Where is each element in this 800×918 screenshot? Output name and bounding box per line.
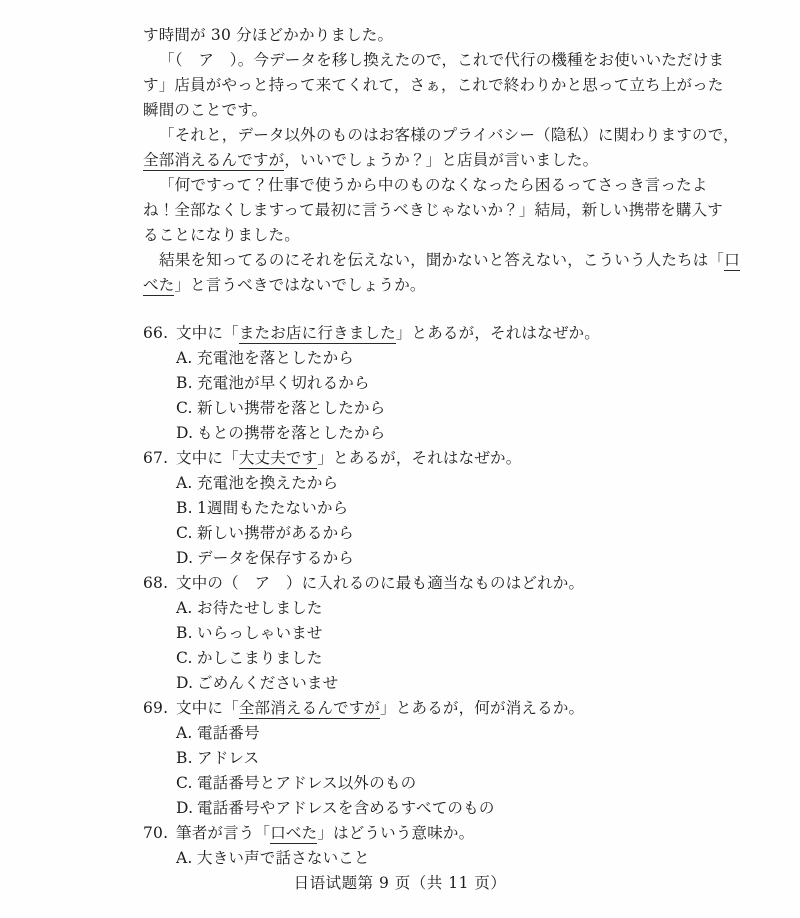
question-number: 67. xyxy=(143,446,176,471)
question-stem-row: 68.文中の（ ア ）に入れるのに最も適当なものはどれか。 xyxy=(143,571,718,596)
option-text: 電話番号 xyxy=(197,724,260,742)
option-label: B. xyxy=(176,746,197,771)
text-segment: ね！全部なくしますって最初に言うべきじゃないか？」結局，新しい携帯を購入す xyxy=(143,201,723,219)
option-label: C. xyxy=(176,396,197,421)
option-label: D. xyxy=(176,421,197,446)
option-row: B.アドレス xyxy=(143,746,718,771)
option-label: A. xyxy=(176,721,197,746)
text-segment: す」店員がやっと持って来てくれて，さぁ，これで終わりかと思って立ち上がった xyxy=(143,76,724,94)
question-stem: 筆者が言う「口べた」はどういう意味か。 xyxy=(176,821,474,846)
underlined-text: 大丈夫です xyxy=(239,449,318,469)
option-label: C. xyxy=(176,646,197,671)
option-row: C.新しい携帯を落としたから xyxy=(143,396,718,421)
text-segment: 文中の（ ア ）に入れるのに最も適当なものはどれか。 xyxy=(176,574,584,592)
question-stem-row: 67.文中に「大丈夫です」とあるが，それはなぜか。 xyxy=(143,446,718,471)
option-label: B. xyxy=(176,371,197,396)
option-row: B.1週間もたたないから xyxy=(143,496,718,521)
text-segment: 文中に「 xyxy=(176,699,239,717)
option-row: A.大きい声で話さないこと xyxy=(143,846,718,871)
page-footer: 日语试题第 9 页（共 11 页） xyxy=(0,871,800,896)
question-68: 68.文中の（ ア ）に入れるのに最も適当なものはどれか。A.お待たせしましたB… xyxy=(143,571,718,696)
option-text: 充電池を落としたから xyxy=(197,349,354,367)
passage-line: ることになりました。 xyxy=(143,223,718,248)
option-text: 電話番号やアドレスを含めるすべてのもの xyxy=(197,799,495,817)
text-segment: ，いいでしょうか？」と店員が言いました。 xyxy=(284,151,598,169)
option-text: かしこまりました xyxy=(197,649,323,667)
option-row: A.お待たせしました xyxy=(143,596,718,621)
scanned-test-page: す時間が 30 分ほどかかりました。「（ ア ）。今データを移し換えたので，これ… xyxy=(0,0,800,918)
option-label: A. xyxy=(176,346,197,371)
question-stem-row: 69.文中に「全部消えるんですが」とあるが，何が消えるか。 xyxy=(143,696,718,721)
text-segment: 筆者が言う「 xyxy=(176,824,270,842)
option-row: A.充電池を換えたから xyxy=(143,471,718,496)
passage-line: 瞬間のことです。 xyxy=(143,98,718,123)
question-number: 69. xyxy=(143,696,176,721)
question-66: 66.文中に「またお店に行きました」とあるが，それはなぜか。A.充電池を落とした… xyxy=(143,321,718,446)
option-row: B.いらっしゃいませ xyxy=(143,621,718,646)
option-text: 1週間もたたないから xyxy=(197,499,348,517)
question-stem-row: 70.筆者が言う「口べた」はどういう意味か。 xyxy=(143,821,718,846)
underlined-text: 全部消えるんですが xyxy=(143,151,284,171)
question-stem-row: 66.文中に「またお店に行きました」とあるが，それはなぜか。 xyxy=(143,321,718,346)
text-segment: 」はどういう意味か。 xyxy=(317,824,474,842)
question-70: 70.筆者が言う「口べた」はどういう意味か。A.大きい声で話さないこと xyxy=(143,821,718,871)
option-row: A.充電池を落としたから xyxy=(143,346,718,371)
text-segment: ることになりました。 xyxy=(143,226,300,244)
option-row: C.かしこまりました xyxy=(143,646,718,671)
text-segment: 「（ ア ）。今データを移し換えたので，これで代行の機種をお使いいただけま xyxy=(159,51,724,69)
option-label: D. xyxy=(176,671,197,696)
text-segment: 「何ですって？仕事で使うから中のものなくなったら困るってさっき言ったよ xyxy=(159,176,708,194)
question-number: 66. xyxy=(143,321,176,346)
option-row: B.充電池が早く切れるから xyxy=(143,371,718,396)
option-label: C. xyxy=(176,521,197,546)
option-row: C.電話番号とアドレス以外のもの xyxy=(143,771,718,796)
option-text: ごめんくださいませ xyxy=(197,674,338,692)
underlined-text: 口べた xyxy=(270,824,317,844)
question-list: 66.文中に「またお店に行きました」とあるが，それはなぜか。A.充電池を落とした… xyxy=(143,321,718,871)
option-row: C.新しい携帯があるから xyxy=(143,521,718,546)
option-label: A. xyxy=(176,471,197,496)
option-text: 充電池を換えたから xyxy=(197,474,338,492)
option-row: D.電話番号やアドレスを含めるすべてのもの xyxy=(143,796,718,821)
question-stem: 文中に「全部消えるんですが」とあるが，何が消えるか。 xyxy=(176,696,584,721)
question-number: 70. xyxy=(143,821,176,846)
question-stem: 文中に「大丈夫です」とあるが，それはなぜか。 xyxy=(176,446,521,471)
passage-line: 全部消えるんですが，いいでしょうか？」と店員が言いました。 xyxy=(143,148,718,173)
question-69: 69.文中に「全部消えるんですが」とあるが，何が消えるか。A.電話番号B.アドレ… xyxy=(143,696,718,821)
option-label: A. xyxy=(176,846,197,871)
text-segment: す時間が 30 分ほどかかりました。 xyxy=(143,26,393,44)
page-content: す時間が 30 分ほどかかりました。「（ ア ）。今データを移し換えたので，これ… xyxy=(143,23,718,871)
text-segment: 」とあるが，それはなぜか。 xyxy=(317,449,521,467)
option-row: D.ごめんくださいませ xyxy=(143,671,718,696)
text-segment: 文中に「 xyxy=(176,324,239,342)
text-segment: 瞬間のことです。 xyxy=(143,101,267,119)
option-text: お待たせしました xyxy=(197,599,323,617)
text-segment: 「それと，データ以外のものはお客様のプライバシー（隐私）に関わりますので， xyxy=(159,126,739,144)
option-text: 新しい携帯があるから xyxy=(197,524,354,542)
option-row: D.データを保存するから xyxy=(143,546,718,571)
question-67: 67.文中に「大丈夫です」とあるが，それはなぜか。A.充電池を換えたからB.1週… xyxy=(143,446,718,571)
option-text: アドレス xyxy=(197,749,259,767)
passage-line: 「何ですって？仕事で使うから中のものなくなったら困るってさっき言ったよ xyxy=(143,173,718,198)
option-label: D. xyxy=(176,546,197,571)
option-text: 新しい携帯を落としたから xyxy=(197,399,385,417)
option-label: B. xyxy=(176,496,197,521)
option-label: B. xyxy=(176,621,197,646)
text-segment: 」とあるが，それはなぜか。 xyxy=(396,324,600,342)
option-label: C. xyxy=(176,771,197,796)
text-segment: 」とあるが，何が消えるか。 xyxy=(380,699,584,717)
passage-line: す」店員がやっと持って来てくれて，さぁ，これで終わりかと思って立ち上がった xyxy=(143,73,718,98)
option-text: データを保存するから xyxy=(197,549,354,567)
passage-line: 「（ ア ）。今データを移し換えたので，これで代行の機種をお使いいただけま xyxy=(143,48,718,73)
passage-line: 結果を知ってるのにそれを伝えない，聞かないと答えない，こういう人たちは「口 xyxy=(143,248,718,273)
question-stem: 文中の（ ア ）に入れるのに最も適当なものはどれか。 xyxy=(176,571,584,596)
option-text: もとの携帯を落としたから xyxy=(197,424,385,442)
option-text: 大きい声で話さないこと xyxy=(197,849,370,867)
passage-line: ね！全部なくしますって最初に言うべきじゃないか？」結局，新しい携帯を購入す xyxy=(143,198,718,223)
question-stem: 文中に「またお店に行きました」とあるが，それはなぜか。 xyxy=(176,321,600,346)
passage-line: べた」と言うべきではないでしょうか。 xyxy=(143,273,718,298)
underlined-text: べた xyxy=(143,276,174,296)
text-segment: 」と言うべきではないでしょうか。 xyxy=(174,276,425,294)
underlined-text: またお店に行きました xyxy=(239,324,396,344)
option-row: A.電話番号 xyxy=(143,721,718,746)
underlined-text: 口 xyxy=(724,251,740,271)
question-number: 68. xyxy=(143,571,176,596)
option-text: いらっしゃいませ xyxy=(197,624,323,642)
text-segment: 結果を知ってるのにそれを伝えない，聞かないと答えない，こういう人たちは「 xyxy=(159,251,724,269)
underlined-text: 全部消えるんですが xyxy=(239,699,380,719)
option-label: D. xyxy=(176,796,197,821)
passage-line: 「それと，データ以外のものはお客様のプライバシー（隐私）に関わりますので， xyxy=(143,123,718,148)
option-text: 電話番号とアドレス以外のもの xyxy=(197,774,416,792)
text-segment: 文中に「 xyxy=(176,449,239,467)
option-row: D.もとの携帯を落としたから xyxy=(143,421,718,446)
footer-page-indicator: 日语试题第 9 页（共 11 页） xyxy=(294,874,507,892)
passage-line: す時間が 30 分ほどかかりました。 xyxy=(143,23,718,48)
option-text: 充電池が早く切れるから xyxy=(197,374,370,392)
option-label: A. xyxy=(176,596,197,621)
reading-passage: す時間が 30 分ほどかかりました。「（ ア ）。今データを移し換えたので，これ… xyxy=(143,23,718,298)
